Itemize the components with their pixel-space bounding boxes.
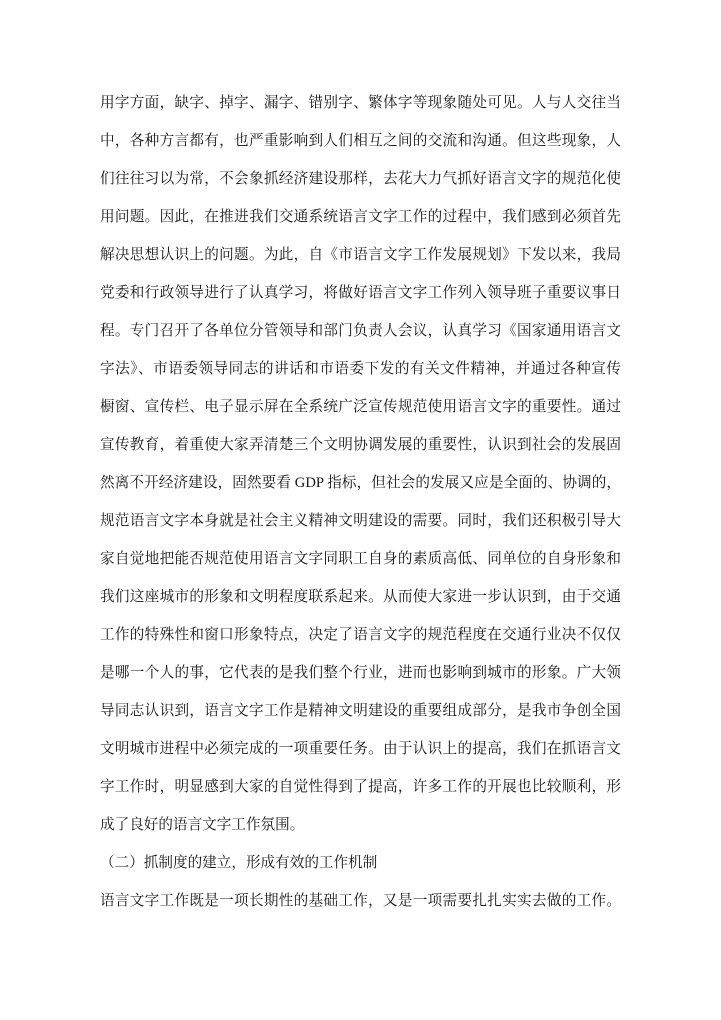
text-line: 规范语言文字本身就是社会主义精神文明建设的需要。同时，我们还积极引导大: [100, 502, 621, 540]
text-line: 成了良好的语言文字工作氛围。: [100, 806, 621, 844]
text-line: 程。专门召开了各单位分管领导和部门负责人会议，认真学习《国家通用语言文: [100, 312, 621, 350]
text-line: 语言文字工作既是一项长期性的基础工作，又是一项需要扎扎实实去做的工作。: [100, 882, 621, 920]
text-line: 字法》、市语委领导同志的讲话和市语委下发的有关文件精神，并通过各种宣传: [100, 350, 621, 388]
text-line: 党委和行政领导进行了认真学习，将做好语言文字工作列入领导班子重要议事日: [100, 274, 621, 312]
text-line: 中，各种方言都有，也严重影响到人们相互之间的交流和沟通。但这些现象，人: [100, 122, 621, 160]
text-line: 用字方面，缺字、掉字、漏字、错别字、繁体字等现象随处可见。人与人交往当: [100, 84, 621, 122]
text-line: 用问题。因此，在推进我们交通系统语言文字工作的过程中，我们感到必须首先: [100, 198, 621, 236]
text-line: 解决思想认识上的问题。为此，自《市语言文字工作发展规划》下发以来，我局: [100, 236, 621, 274]
text-line: 家自觉地把能否规范使用语言文字同职工自身的素质高低、同单位的自身形象和: [100, 540, 621, 578]
text-line: （二）抓制度的建立，形成有效的工作机制: [100, 844, 621, 882]
text-line: 是哪一个人的事，它代表的是我们整个行业，进而也影响到城市的形象。广大领: [100, 654, 621, 692]
document-page: 用字方面，缺字、掉字、漏字、错别字、繁体字等现象随处可见。人与人交往当中，各种方…: [0, 0, 721, 1020]
text-line: 字工作时，明显感到大家的自觉性得到了提高，许多工作的开展也比较顺利，形: [100, 768, 621, 806]
text-line: 们往往习以为常，不会象抓经济建设那样，去花大力气抓好语言文字的规范化使: [100, 160, 621, 198]
text-line: 文明城市进程中必须完成的一项重要任务。由于认识上的提高，我们在抓语言文: [100, 730, 621, 768]
document-body: 用字方面，缺字、掉字、漏字、错别字、繁体字等现象随处可见。人与人交往当中，各种方…: [100, 84, 621, 920]
text-line: 然离不开经济建设，固然要看 GDP 指标，但社会的发展又应是全面的、协调的，: [100, 464, 621, 502]
text-line: 我们这座城市的形象和文明程度联系起来。从而使大家进一步认识到，由于交通: [100, 578, 621, 616]
text-line: 宣传教育，着重使大家弄清楚三个文明协调发展的重要性，认识到社会的发展固: [100, 426, 621, 464]
text-line: 导同志认识到，语言文字工作是精神文明建设的重要组成部分，是我市争创全国: [100, 692, 621, 730]
text-line: 橱窗、宣传栏、电子显示屏在全系统广泛宣传规范使用语言文字的重要性。通过: [100, 388, 621, 426]
text-line: 工作的特殊性和窗口形象特点，决定了语言文字的规范程度在交通行业决不仅仅: [100, 616, 621, 654]
